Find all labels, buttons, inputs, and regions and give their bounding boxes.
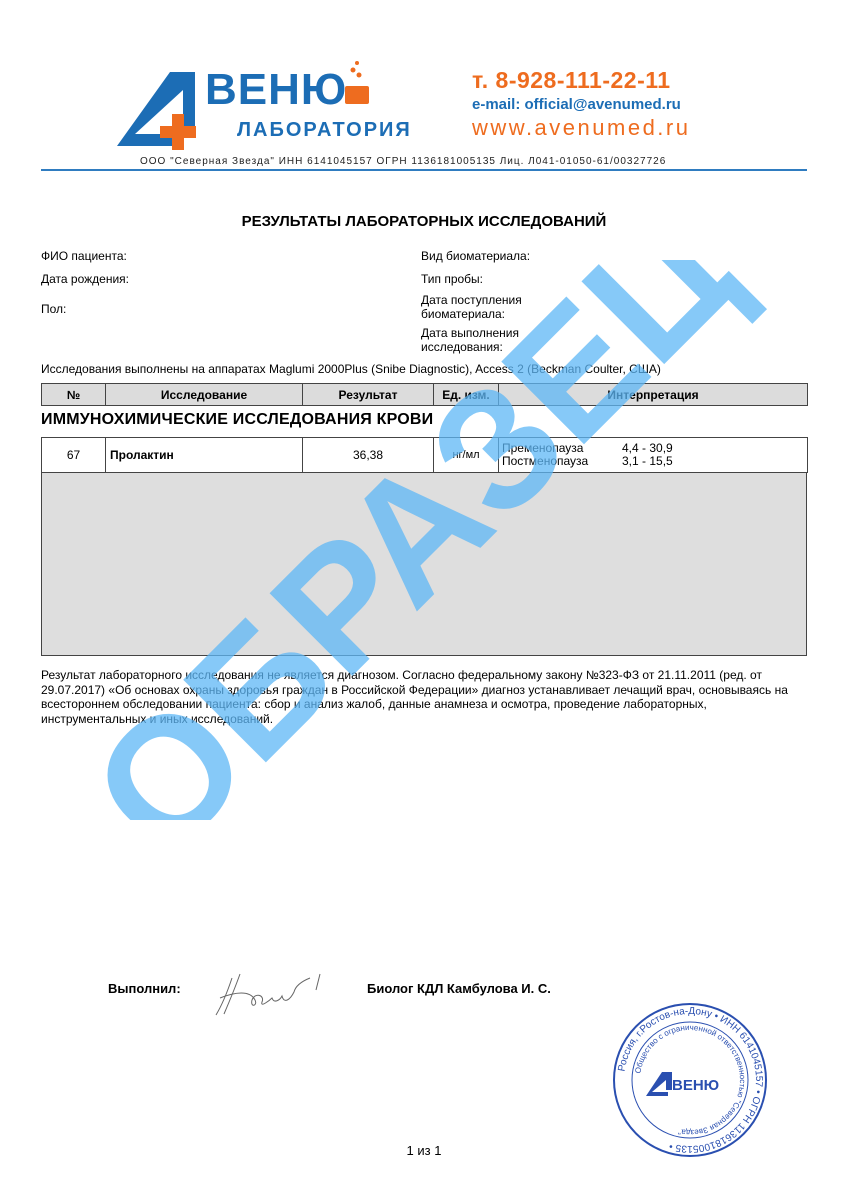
performed-by-label: Выполнил: [108,981,181,996]
test-result: 36,38 [303,438,434,473]
registration-info: ООО "Северная Звезда" ИНН 6141045157 ОГР… [140,156,666,167]
document-title: РЕЗУЛЬТАТЫ ЛАБОРАТОРНЫХ ИССЛЕДОВАНИЙ [0,213,848,230]
flask-icon [335,60,375,110]
website: www.avenumed.ru [472,115,732,141]
lab-logo: ВЕНЮ ЛАБОРАТОРИЯ [115,62,445,152]
contact-block: т. 8-928-111-22-11 e-mail: official@aven… [472,66,732,141]
patient-name-label: ФИО пациента: [41,249,127,263]
col-result: Результат [303,384,434,406]
col-number: № [42,384,106,406]
logo-a-plus-icon [115,72,210,152]
received-date-label: Дата поступления биоматериала: [421,293,541,321]
table-row: 67 Пролактин 36,38 нг/мл Пременопауза 4,… [42,438,808,473]
results-table: 67 Пролактин 36,38 нг/мл Пременопауза 4,… [41,437,808,473]
birth-date-label: Дата рождения: [41,272,129,286]
interp-label: Постменопауза [502,455,622,468]
page-number: 1 из 1 [0,1143,848,1158]
official-stamp-icon: Россия, г.Ростов-на-Дону • ИНН 614104515… [610,1000,770,1160]
empty-results-area [41,473,807,656]
biomaterial-label: Вид биоматериала: [421,249,571,263]
equipment-note: Исследования выполнены на аппаратах Magl… [41,362,661,376]
results-table-header: № Исследование Результат Ед. изм. Интерп… [41,383,808,406]
section-title: ИММУНОХИМИЧЕСКИЕ ИССЛЕДОВАНИЯ КРОВИ [41,411,433,429]
performed-date-label: Дата выполнения исследования: [421,326,541,354]
header-divider [41,169,807,171]
test-name: Пролактин [106,438,303,473]
test-number: 67 [42,438,106,473]
col-interpretation: Интерпретация [499,384,808,406]
disclaimer: Результат лабораторного исследования не … [41,668,811,726]
handwritten-signature-icon [210,970,340,1020]
logo-subtitle: ЛАБОРАТОРИЯ [237,119,412,142]
signer-name: Биолог КДЛ Камбулова И. С. [367,981,551,996]
col-test: Исследование [106,384,303,406]
interp-range: 3,1 - 15,5 [622,455,673,468]
sample-type-label: Тип пробы: [421,272,571,286]
logo-word: ВЕНЮ [205,68,347,112]
col-unit: Ед. изм. [434,384,499,406]
sex-label: Пол: [41,302,66,316]
test-unit: нг/мл [434,438,499,473]
svg-text:ВЕНЮ: ВЕНЮ [672,1077,719,1094]
email-address: e-mail: official@avenumed.ru [472,95,732,115]
test-interpretation: Пременопауза 4,4 - 30,9 Постменопауза 3,… [499,438,808,473]
phone-number: т. 8-928-111-22-11 [472,66,732,94]
